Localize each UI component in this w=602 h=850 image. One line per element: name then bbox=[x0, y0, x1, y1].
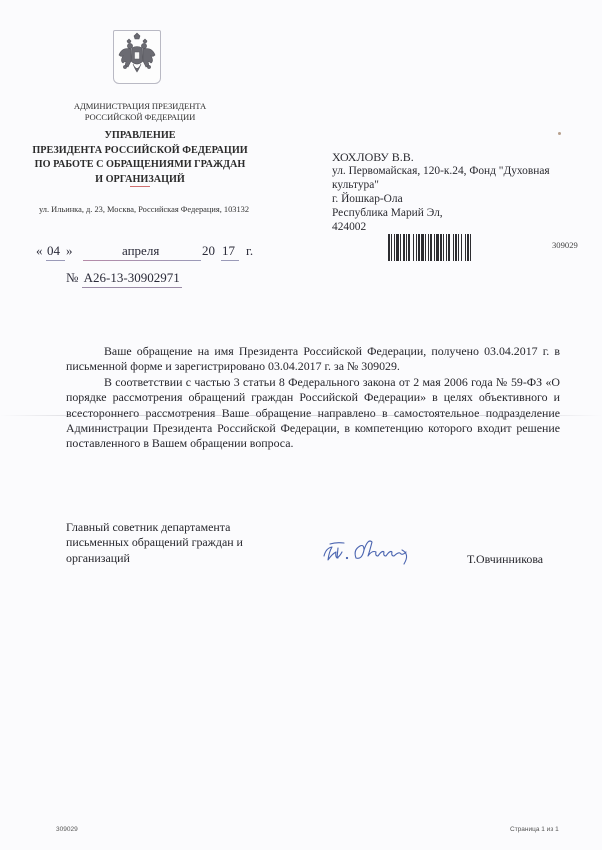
department-line: И ОРГАНИЗАЦИЙ bbox=[10, 173, 270, 188]
department-line: ПРЕЗИДЕНТА РОССИЙСКОЙ ФЕДЕРАЦИИ bbox=[10, 144, 270, 159]
double-headed-eagle-icon bbox=[114, 31, 160, 83]
date-year-suffix: 17 bbox=[222, 243, 235, 259]
letterhead-divider bbox=[130, 186, 150, 187]
recipient-block: ХОХЛОВУ В.В. ул. Первомайская, 120-к.24,… bbox=[332, 150, 602, 234]
registration-number: № А26-13-30902971 bbox=[66, 270, 182, 288]
recipient-address-line: 424002 bbox=[332, 220, 602, 234]
date-day: 04 bbox=[47, 243, 60, 259]
signer-name: Т.Овчинникова bbox=[467, 552, 543, 567]
admin-line: РОССИЙСКОЙ ФЕДЕРАЦИИ bbox=[40, 112, 240, 123]
signer-position-line: организаций bbox=[66, 551, 296, 566]
department-name: УПРАВЛЕНИЕ ПРЕЗИДЕНТА РОССИЙСКОЙ ФЕДЕРАЦ… bbox=[10, 129, 270, 187]
scan-artifact-line bbox=[0, 415, 602, 416]
year-underline bbox=[221, 260, 239, 261]
administration-name: АДМИНИСТРАЦИЯ ПРЕЗИДЕНТА РОССИЙСКОЙ ФЕДЕ… bbox=[40, 101, 240, 123]
sender-address: ул. Ильинка, д. 23, Москва, Российская Ф… bbox=[10, 205, 278, 215]
department-line: УПРАВЛЕНИЕ bbox=[10, 129, 270, 144]
barcode-number: 309029 bbox=[552, 240, 578, 250]
coat-of-arms-emblem-icon bbox=[113, 30, 161, 84]
barcode-bar bbox=[471, 234, 473, 261]
recipient-address-line: Республика Марий Эл, bbox=[332, 206, 602, 220]
signer-position-line: Главный советник департамента bbox=[66, 520, 296, 535]
signer-position-line: письменных обращений граждан и bbox=[66, 535, 296, 550]
month-underline bbox=[83, 260, 201, 261]
number-sign: № bbox=[66, 270, 78, 285]
body-paragraph: В соответствии с частью 3 статьи 8 Федер… bbox=[66, 375, 560, 452]
admin-line: АДМИНИСТРАЦИЯ ПРЕЗИДЕНТА bbox=[40, 101, 240, 112]
date-open-quote: « bbox=[36, 243, 43, 259]
registration-number-value: А26-13-30902971 bbox=[82, 270, 182, 288]
document-date: « 04 » апреля 20 17 г. bbox=[36, 243, 276, 261]
recipient-address-line: г. Йошкар-Ола bbox=[332, 192, 602, 206]
letter-body: Ваше обращение на имя Президента Российс… bbox=[66, 344, 560, 452]
recipient-name: ХОХЛОВУ В.В. bbox=[332, 150, 602, 164]
day-underline bbox=[46, 260, 65, 261]
date-year-label: г. bbox=[246, 243, 253, 259]
body-paragraph: Ваше обращение на имя Президента Российс… bbox=[66, 344, 560, 375]
recipient-address-line: ул. Первомайская, 120-к.24, Фонд "Духовн… bbox=[332, 164, 602, 178]
footer-page-indicator: Страница 1 из 1 bbox=[510, 826, 559, 833]
date-close-quote: » bbox=[66, 243, 73, 259]
footer-document-number: 309029 bbox=[56, 826, 78, 833]
barcode-icon bbox=[388, 234, 543, 261]
scan-artifact-dot bbox=[558, 132, 561, 135]
date-month: апреля bbox=[122, 243, 159, 259]
department-line: ПО РАБОТЕ С ОБРАЩЕНИЯМИ ГРАЖДАН bbox=[10, 158, 270, 173]
recipient-address-line: культура" bbox=[332, 178, 602, 192]
date-year-prefix: 20 bbox=[202, 243, 215, 259]
signer-position: Главный советник департамента письменных… bbox=[66, 520, 296, 566]
handwritten-signature-icon bbox=[320, 534, 440, 570]
